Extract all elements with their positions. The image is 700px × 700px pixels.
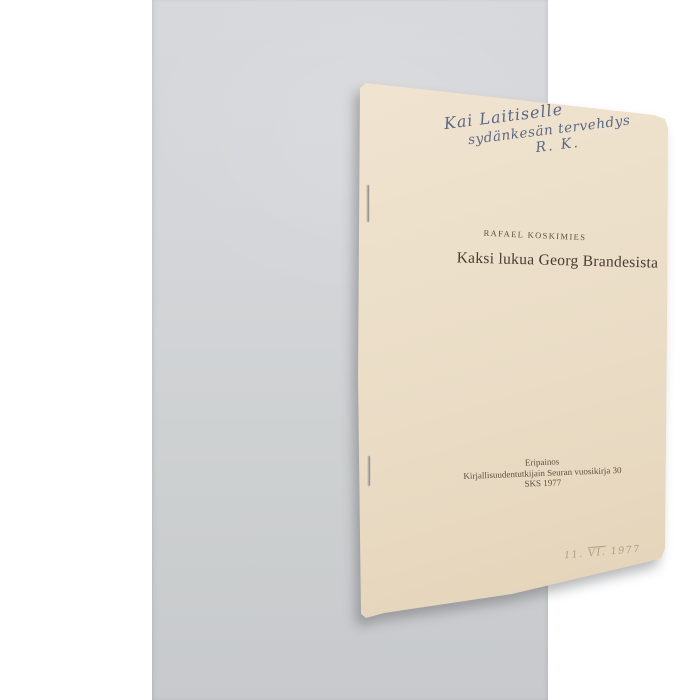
staple-top: [367, 185, 369, 222]
imprint-block: Eripainos Kirjallisuudentutkijain Seuran…: [439, 453, 645, 492]
pencil-date-year: 1977: [610, 544, 641, 558]
photo-canvas: Kai Laitiselle sydänkesän tervehdys R. K…: [0, 0, 700, 700]
booklet: Kai Laitiselle sydänkesän tervehdys R. K…: [352, 76, 682, 626]
author-name: RAFAEL KOSKIMIES: [480, 228, 590, 243]
pencil-date-day: 11.: [564, 549, 584, 562]
staple-bottom: [368, 456, 370, 486]
pencil-date: 11. VI. 1977: [564, 544, 642, 562]
handwritten-inscription: Kai Laitiselle sydänkesän tervehdys R. K…: [443, 87, 668, 166]
booklet-cover: Kai Laitiselle sydänkesän tervehdys R. K…: [352, 76, 682, 626]
booklet-title: Kaksi lukua Georg Brandesista: [455, 249, 660, 272]
photo-backdrop: Kai Laitiselle sydänkesän tervehdys R. K…: [152, 0, 548, 700]
pencil-date-month: VI.: [588, 547, 607, 560]
